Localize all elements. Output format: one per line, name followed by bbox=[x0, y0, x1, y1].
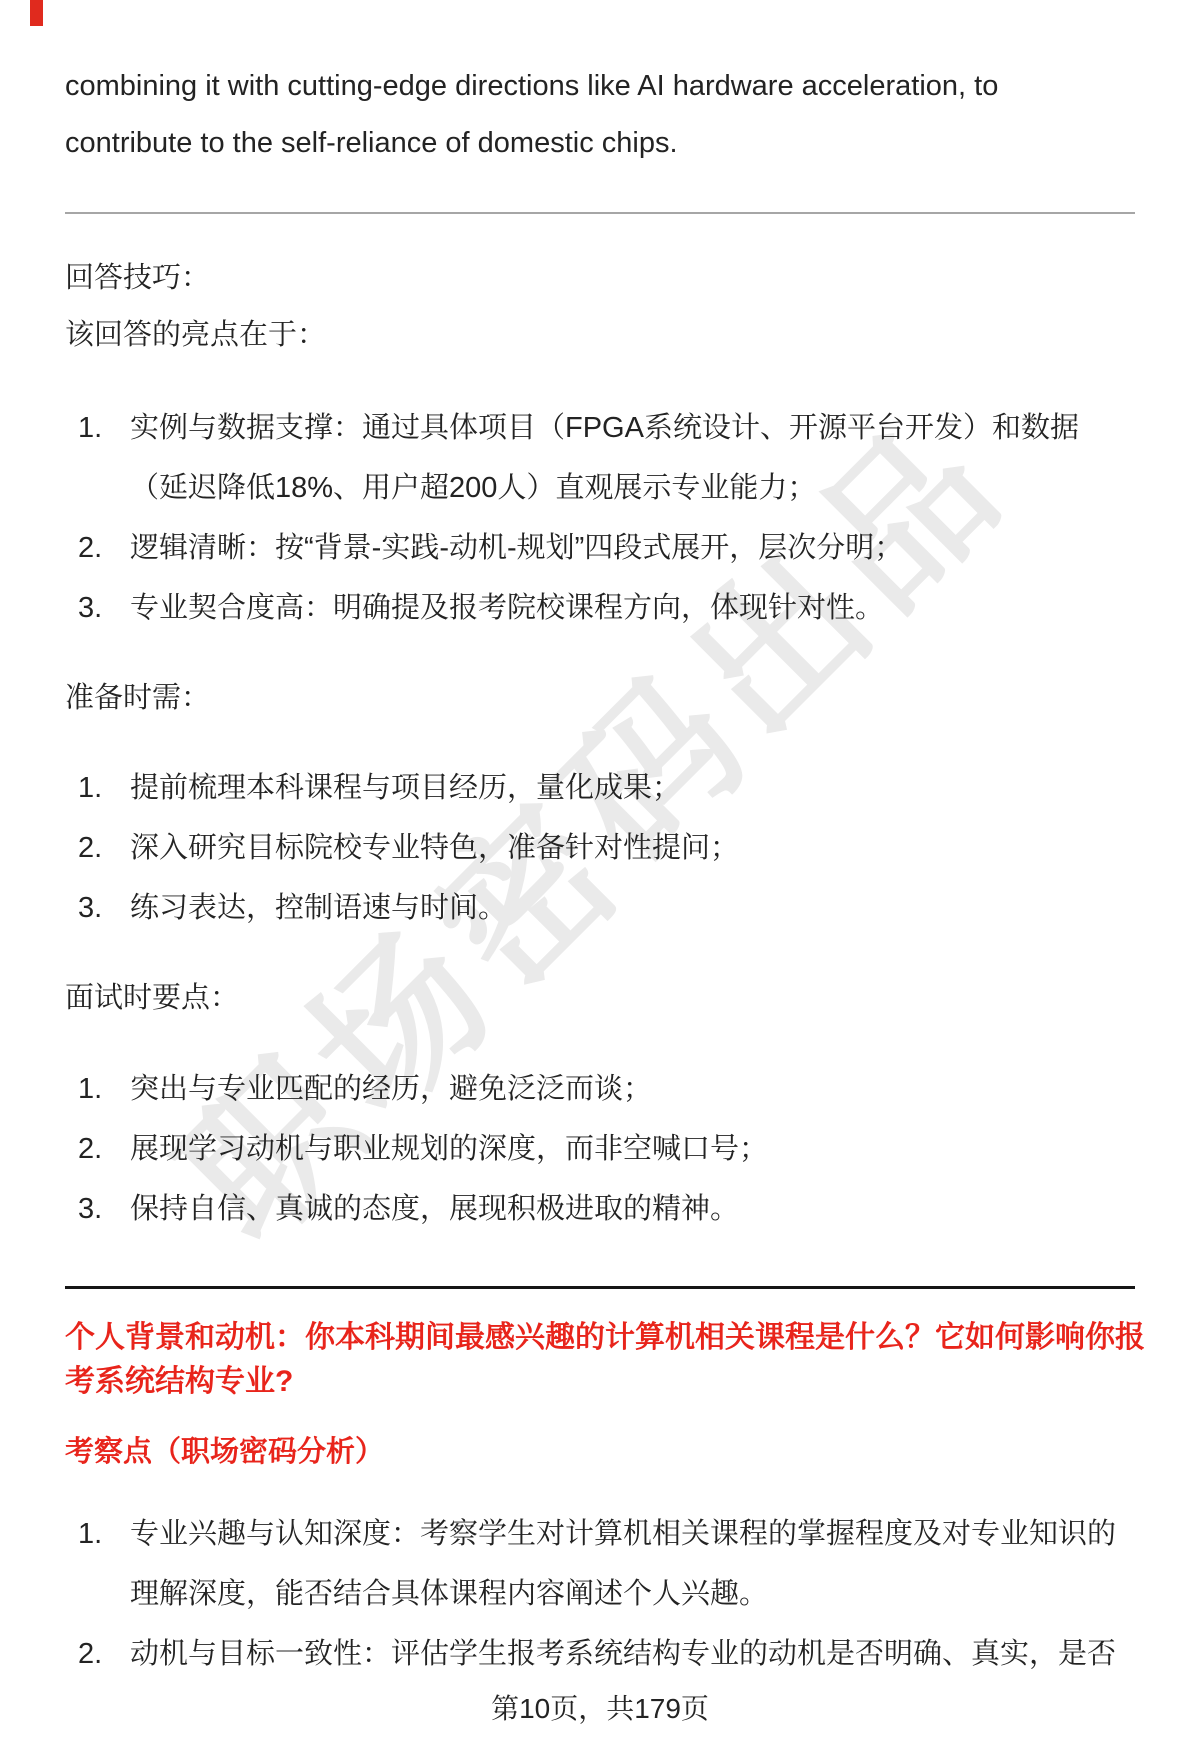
interview-points-heading: 面试时要点： bbox=[65, 970, 1135, 1027]
list-item-number: 1. bbox=[78, 1059, 102, 1119]
list-item: 2. 展现学习动机与职业规划的深度，而非空喊口号； bbox=[78, 1119, 1135, 1179]
list-item-number: 1. bbox=[78, 1504, 102, 1564]
list-item: 3. 专业契合度高：明确提及报考院校课程方向，体现针对性。 bbox=[78, 578, 1135, 638]
answer-tips-lead: 回答技巧： 该回答的亮点在于： bbox=[65, 250, 1135, 364]
list-item-number: 2. bbox=[78, 818, 102, 878]
list-item-number: 2. bbox=[78, 518, 102, 578]
english-intro-line-2: contribute to the self-reliance of domes… bbox=[65, 115, 1135, 172]
list-item-text: 提前梳理本科课程与项目经历，量化成果； bbox=[130, 758, 1135, 818]
list-item: 3. 保持自信、真诚的态度，展现积极进取的精神。 bbox=[78, 1179, 1135, 1239]
list-item-text: 展现学习动机与职业规划的深度，而非空喊口号； bbox=[130, 1119, 1135, 1179]
analysis-heading: 考察点（职场密码分析） bbox=[65, 1430, 1135, 1474]
list-item: 1. 专业兴趣与认知深度：考察学生对计算机相关课程的掌握程度及对专业知识的 理解… bbox=[78, 1504, 1135, 1624]
list-item-text: 突出与专业匹配的经历，避免泛泛而谈； bbox=[130, 1059, 1135, 1119]
next-question-text: 个人背景和动机：你本科期间最感兴趣的计算机相关课程是什么？它如何影响你报 考系统… bbox=[65, 1316, 1135, 1404]
list-item-text: 专业兴趣与认知深度：考察学生对计算机相关课程的掌握程度及对专业知识的 bbox=[130, 1504, 1135, 1564]
list-item-text: 逻辑清晰：按“背景-实践-动机-规划”四段式展开，层次分明； bbox=[130, 518, 1135, 578]
list-item-text: 动机与目标一致性：评估学生报考系统结构专业的动机是否明确、真实，是否 bbox=[130, 1624, 1135, 1684]
list-item-number: 1. bbox=[78, 758, 102, 818]
list-item: 1. 提前梳理本科课程与项目经历，量化成果； bbox=[78, 758, 1135, 818]
list-item-number: 3. bbox=[78, 878, 102, 938]
list-item: 1. 实例与数据支撑：通过具体项目（FPGA系统设计、开源平台开发）和数据 （延… bbox=[78, 398, 1135, 518]
list-item-text: （延迟降低18%、用户超200人）直观展示专业能力； bbox=[130, 458, 1135, 518]
list-item-text: 专业契合度高：明确提及报考院校课程方向，体现针对性。 bbox=[130, 578, 1135, 638]
list-item: 3. 练习表达，控制语速与时间。 bbox=[78, 878, 1135, 938]
list-item: 2. 动机与目标一致性：评估学生报考系统结构专业的动机是否明确、真实，是否 bbox=[78, 1624, 1135, 1684]
list-item: 2. 逻辑清晰：按“背景-实践-动机-规划”四段式展开，层次分明； bbox=[78, 518, 1135, 578]
answer-tips-intro: 该回答的亮点在于： bbox=[65, 307, 1135, 364]
list-item-text: 理解深度，能否结合具体课程内容阐述个人兴趣。 bbox=[130, 1564, 1135, 1624]
next-question-line-1: 个人背景和动机：你本科期间最感兴趣的计算机相关课程是什么？它如何影响你报 bbox=[65, 1316, 1135, 1360]
list-item-number: 2. bbox=[78, 1119, 102, 1179]
list-item-number: 3. bbox=[78, 1179, 102, 1239]
page-number: 第10页，共179页 bbox=[65, 1689, 1135, 1729]
list-item: 1. 突出与专业匹配的经历，避免泛泛而谈； bbox=[78, 1059, 1135, 1119]
list-item-text: 练习表达，控制语速与时间。 bbox=[130, 878, 1135, 938]
list-item-text: 保持自信、真诚的态度，展现积极进取的精神。 bbox=[130, 1179, 1135, 1239]
list-item-number: 3. bbox=[78, 578, 102, 638]
preparation-heading: 准备时需： bbox=[65, 670, 1135, 727]
list-item-number: 2. bbox=[78, 1624, 102, 1684]
english-intro-line-1: combining it with cutting-edge direction… bbox=[65, 58, 1135, 115]
interview-points-list: 1. 突出与专业匹配的经历，避免泛泛而谈； 2. 展现学习动机与职业规划的深度，… bbox=[65, 1059, 1135, 1239]
preparation-list: 1. 提前梳理本科课程与项目经历，量化成果； 2. 深入研究目标院校专业特色，准… bbox=[65, 758, 1135, 938]
red-bookmark-marker bbox=[30, 0, 43, 26]
english-intro-paragraph: combining it with cutting-edge direction… bbox=[65, 58, 1135, 172]
document-page: 职场密码出品 combining it with cutting-edge di… bbox=[0, 0, 1200, 1755]
list-item: 2. 深入研究目标院校专业特色，准备针对性提问； bbox=[78, 818, 1135, 878]
answer-tips-list: 1. 实例与数据支撑：通过具体项目（FPGA系统设计、开源平台开发）和数据 （延… bbox=[65, 398, 1135, 638]
section-divider-light bbox=[65, 212, 1135, 214]
analysis-list: 1. 专业兴趣与认知深度：考察学生对计算机相关课程的掌握程度及对专业知识的 理解… bbox=[65, 1504, 1135, 1684]
list-item-text: 深入研究目标院校专业特色，准备针对性提问； bbox=[130, 818, 1135, 878]
answer-tips-heading: 回答技巧： bbox=[65, 250, 1135, 307]
list-item-number: 1. bbox=[78, 398, 102, 458]
next-question-line-2: 考系统结构专业? bbox=[65, 1360, 1135, 1404]
section-divider-dark bbox=[65, 1286, 1135, 1289]
list-item-text: 实例与数据支撑：通过具体项目（FPGA系统设计、开源平台开发）和数据 bbox=[130, 398, 1135, 458]
page-content: combining it with cutting-edge direction… bbox=[0, 58, 1200, 1729]
